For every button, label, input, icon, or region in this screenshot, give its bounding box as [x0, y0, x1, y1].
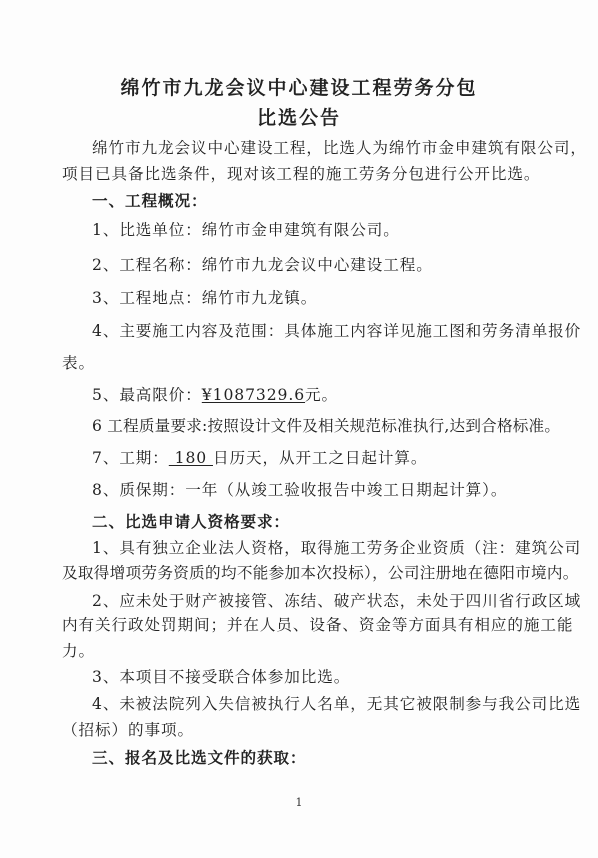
section1-item-7: 7、工期： 180 日历天，从开工之日起计算。	[92, 448, 542, 468]
section2-item-1-line2: 及取得增项劳务资质的均不能参加本次投标），公司注册地在德阳市境内。	[62, 563, 542, 583]
section2-item-2-line1: 2、应未处于财产被接管、冻结、破产状态，未处于四川省行政区域	[92, 591, 542, 611]
section2-item-4-line2: （招标）的事项。	[62, 720, 542, 740]
section1-item-1: 1、比选单位：绵竹市金申建筑有限公司。	[92, 220, 542, 240]
section1-item-4-line1: 4、主要施工内容及范围：具体施工内容详见施工图和劳务清单报价	[92, 321, 542, 341]
document-title-line2: 比选公告	[0, 106, 598, 130]
section2-heading: 二、比选申请人资格要求：	[92, 512, 542, 532]
section1-item-6: 6 工程质量要求:按照设计文件及相关规范标准执行,达到合格标准。	[92, 416, 542, 436]
max-price-value: ¥1087329.6	[202, 386, 305, 404]
section1-item-8: 8、质保期：一年（从竣工验收报告中竣工日期起计算）。	[92, 480, 542, 500]
section2-item-2-line2: 内有关行政处罚期间；并在人员、设备、资金等方面具有相应的施工能	[62, 615, 542, 635]
duration-unit: 日历天，从开工之日起计算。	[213, 449, 427, 467]
section2-item-1-line1: 1、具有独立企业法人资格，取得施工劳务企业资质（注：建筑公司	[92, 538, 542, 558]
section2-item-3: 3、本项目不接受联合体参加比选。	[92, 667, 542, 687]
section3-heading: 三、报名及比选文件的获取：	[92, 748, 542, 768]
section2-item-2-line3: 力。	[62, 641, 542, 661]
max-price-label: 5、最高限价：	[92, 386, 202, 404]
duration-label: 7、工期：	[92, 449, 169, 467]
intro-paragraph-line2: 项目已具备比选条件，现对该工程的施工劳务分包进行公开比选。	[62, 164, 542, 184]
page-number: 1	[0, 796, 598, 809]
document-page: 绵竹市九龙会议中心建设工程劳务分包 比选公告 绵竹市九龙会议中心建设工程，比选人…	[0, 0, 598, 858]
document-title-line1: 绵竹市九龙会议中心建设工程劳务分包	[0, 76, 598, 100]
section1-item-2: 2、工程名称：绵竹市九龙会议中心建设工程。	[92, 255, 542, 275]
max-price-unit: 元。	[305, 386, 338, 404]
intro-paragraph-line1: 绵竹市九龙会议中心建设工程，比选人为绵竹市金申建筑有限公司，	[92, 138, 542, 158]
duration-value: 180	[169, 449, 213, 467]
section1-item-4-line2: 表。	[62, 353, 542, 373]
section1-item-3: 3、工程地点：绵竹市九龙镇。	[92, 288, 542, 308]
section2-item-4-line1: 4、未被法院列入失信被执行人名单，无其它被限制参与我公司比选	[92, 694, 542, 714]
section1-heading: 一、工程概况：	[92, 191, 542, 211]
section1-item-5: 5、最高限价：¥1087329.6元。	[92, 385, 542, 405]
